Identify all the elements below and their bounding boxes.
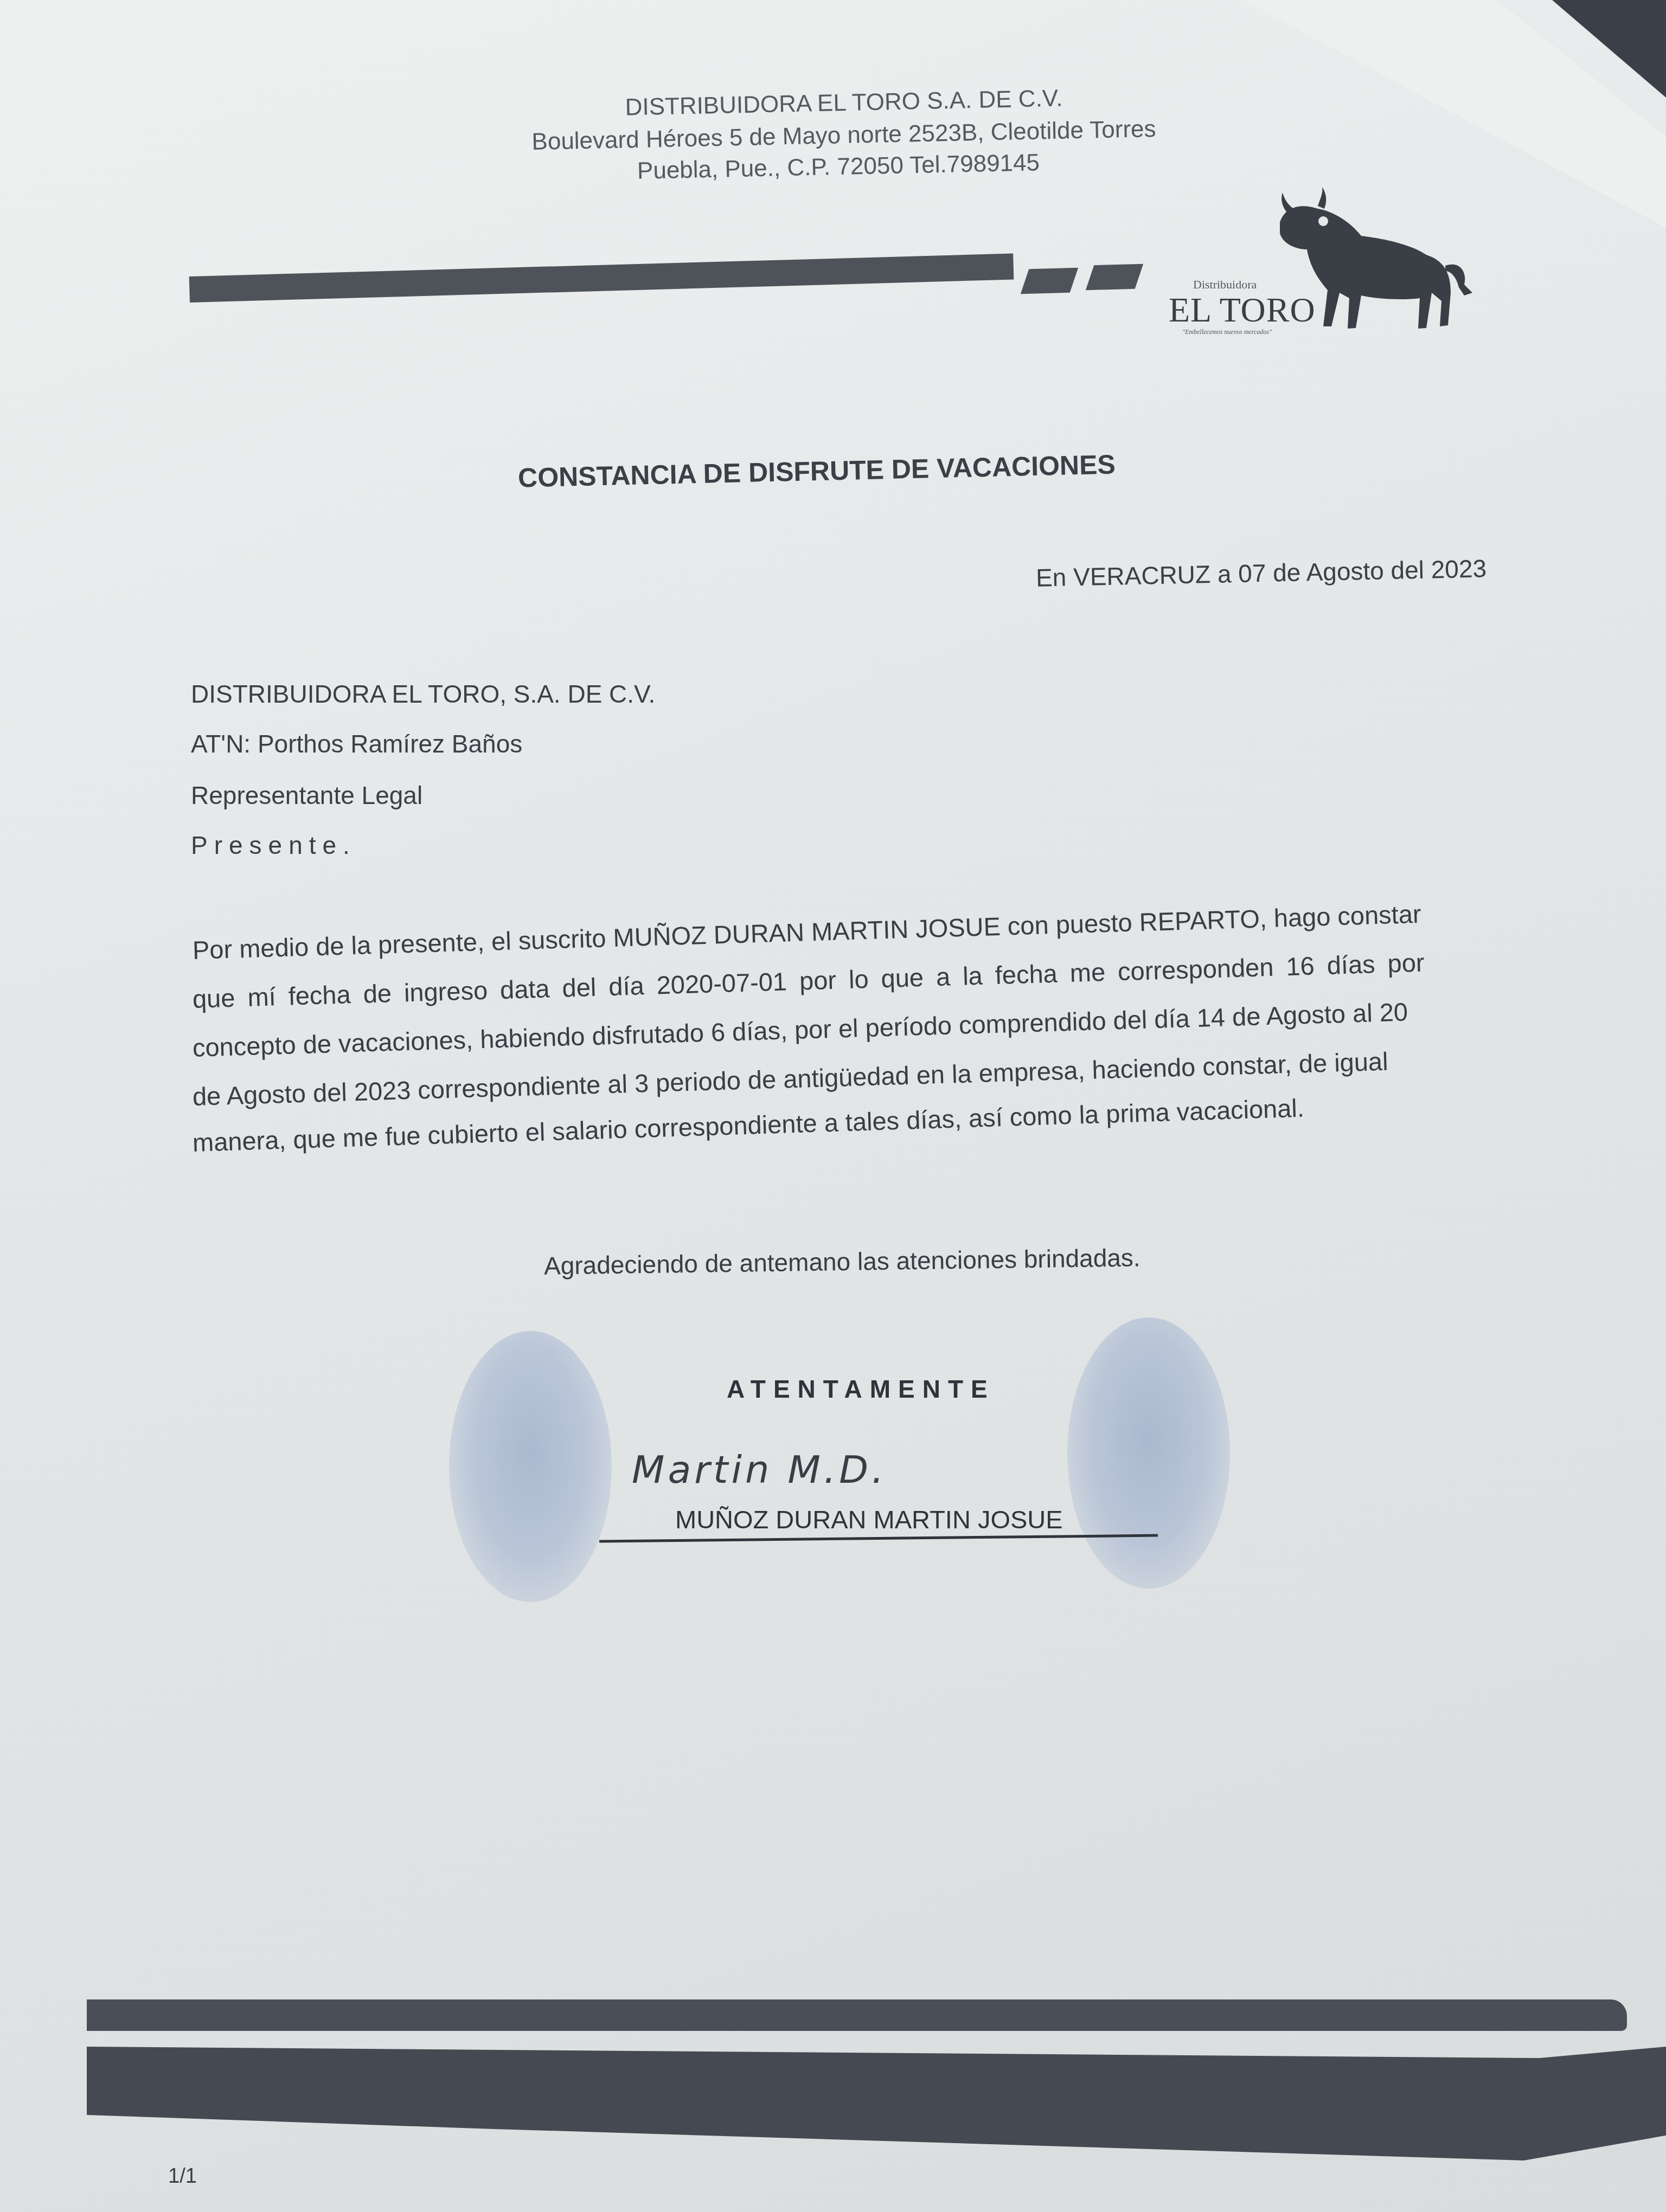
- fingerprint-left: [449, 1331, 612, 1602]
- salutation: ATENTAMENTE: [727, 1374, 995, 1404]
- page-number: 1/1: [168, 2165, 197, 2188]
- header-bar-segment: [1086, 264, 1143, 290]
- recipient-attention: AT'N: Porthos Ramírez Baños: [191, 729, 522, 758]
- handwritten-signature: Martin M.D.: [632, 1448, 887, 1492]
- logo-wordmark: EL TORO: [1169, 290, 1316, 330]
- footer-bar: [87, 1999, 1627, 2031]
- recipient-presente: Presente.: [191, 831, 356, 860]
- recipient-company: DISTRIBUIDORA EL TORO, S.A. DE C.V.: [191, 679, 655, 709]
- logo-tagline: "Embellecemos nuevos mercados": [1182, 328, 1272, 336]
- header-bar-segment: [1021, 268, 1078, 294]
- signer-name: MUÑOZ DURAN MARTIN JOSUE: [675, 1504, 1063, 1534]
- fingerprint-right: [1067, 1317, 1230, 1589]
- recipient-role: Representante Legal: [191, 781, 422, 810]
